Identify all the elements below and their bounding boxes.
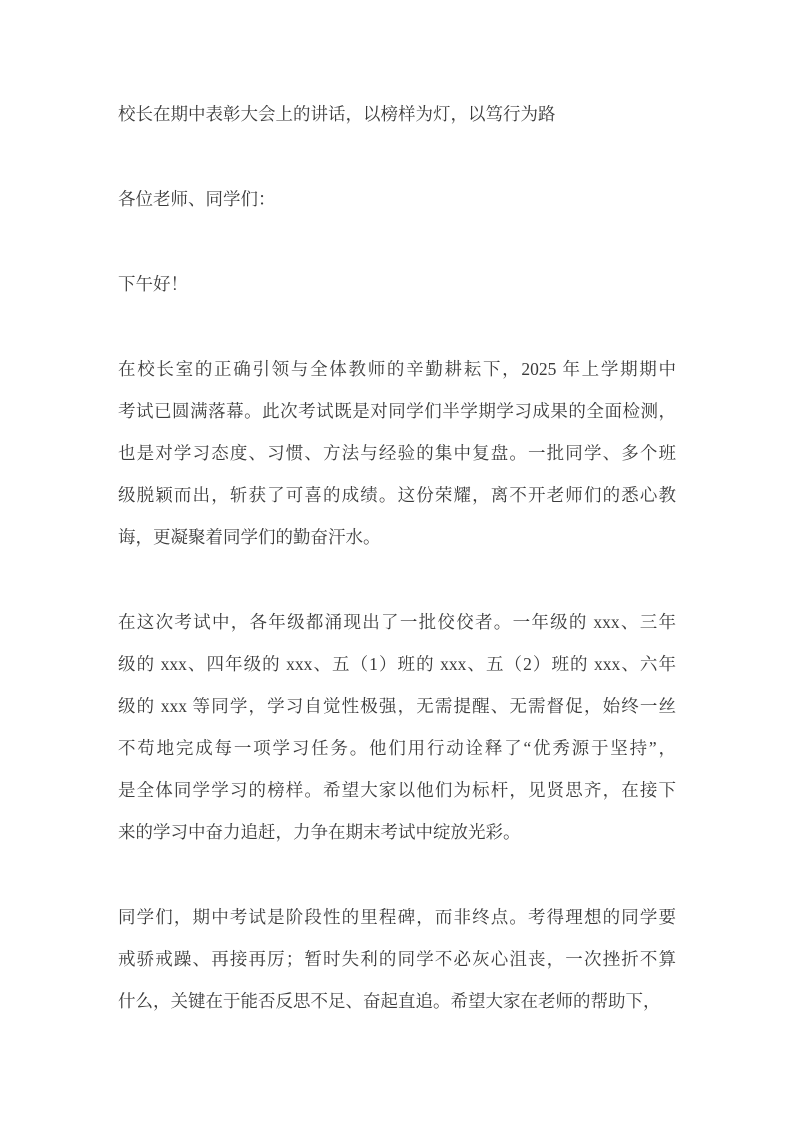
paragraph-greeting: 下午好！ (118, 263, 676, 305)
document-page: 校长在期中表彰大会上的讲话，以榜样为灯，以笃行为路 各位老师、同学们：下午好！在… (0, 0, 793, 1122)
text-line: 不苟地完成每一项学习任务。他们用行动诠释了“优秀源于坚持”， (118, 727, 676, 769)
paragraph-salutation: 各位老师、同学们： (118, 178, 676, 220)
text-line: 考试已圆满落幕。此次考试既是对同学们半学期学习成果的全面检测， (118, 390, 676, 432)
text-line: 是全体同学学习的榜样。希望大家以他们为标杆，见贤思齐，在接下 (118, 769, 676, 811)
text-line: 也是对学习态度、习惯、方法与经验的集中复盘。一批同学、多个班 (118, 432, 676, 474)
text-line: 下午好！ (118, 263, 676, 305)
text-line: 在校长室的正确引领与全体教师的辛勤耕耘下，2025 年上学期期中 (118, 348, 676, 390)
text-line: 来的学习中奋力追赶，力争在期末考试中绽放光彩。 (118, 811, 676, 853)
text-line: 在这次考试中，各年级都涌现出了一批佼佼者。一年级的 xxx、三年 (118, 601, 676, 643)
text-line: 各位老师、同学们： (118, 178, 676, 220)
paragraph-exam-summary: 在校长室的正确引领与全体教师的辛勤耕耘下，2025 年上学期期中考试已圆满落幕。… (118, 348, 676, 558)
document-body: 各位老师、同学们：下午好！在校长室的正确引领与全体教师的辛勤耕耘下，2025 年… (118, 178, 676, 1022)
text-line: 同学们，期中考试是阶段性的里程碑，而非终点。考得理想的同学要 (118, 896, 676, 938)
paragraph-encouragement: 同学们，期中考试是阶段性的里程碑，而非终点。考得理想的同学要戒骄戒躁、再接再厉；… (118, 896, 676, 1022)
paragraph-outstanding-students: 在这次考试中，各年级都涌现出了一批佼佼者。一年级的 xxx、三年级的 xxx、四… (118, 601, 676, 853)
document-title: 校长在期中表彰大会上的讲话，以榜样为灯，以笃行为路 (118, 93, 676, 135)
text-line: 诲，更凝聚着同学们的勤奋汗水。 (118, 516, 676, 558)
text-line: 级的 xxx、四年级的 xxx、五（1）班的 xxx、五（2）班的 xxx、六年 (118, 643, 676, 685)
text-line: 戒骄戒躁、再接再厉；暂时失利的同学不必灰心沮丧，一次挫折不算 (118, 938, 676, 980)
text-line: 级的 xxx 等同学，学习自觉性极强，无需提醒、无需督促，始终一丝 (118, 685, 676, 727)
text-line: 级脱颖而出，斩获了可喜的成绩。这份荣耀，离不开老师们的悉心教 (118, 474, 676, 516)
text-line: 什么，关键在于能否反思不足、奋起直追。希望大家在老师的帮助下， (118, 980, 676, 1022)
